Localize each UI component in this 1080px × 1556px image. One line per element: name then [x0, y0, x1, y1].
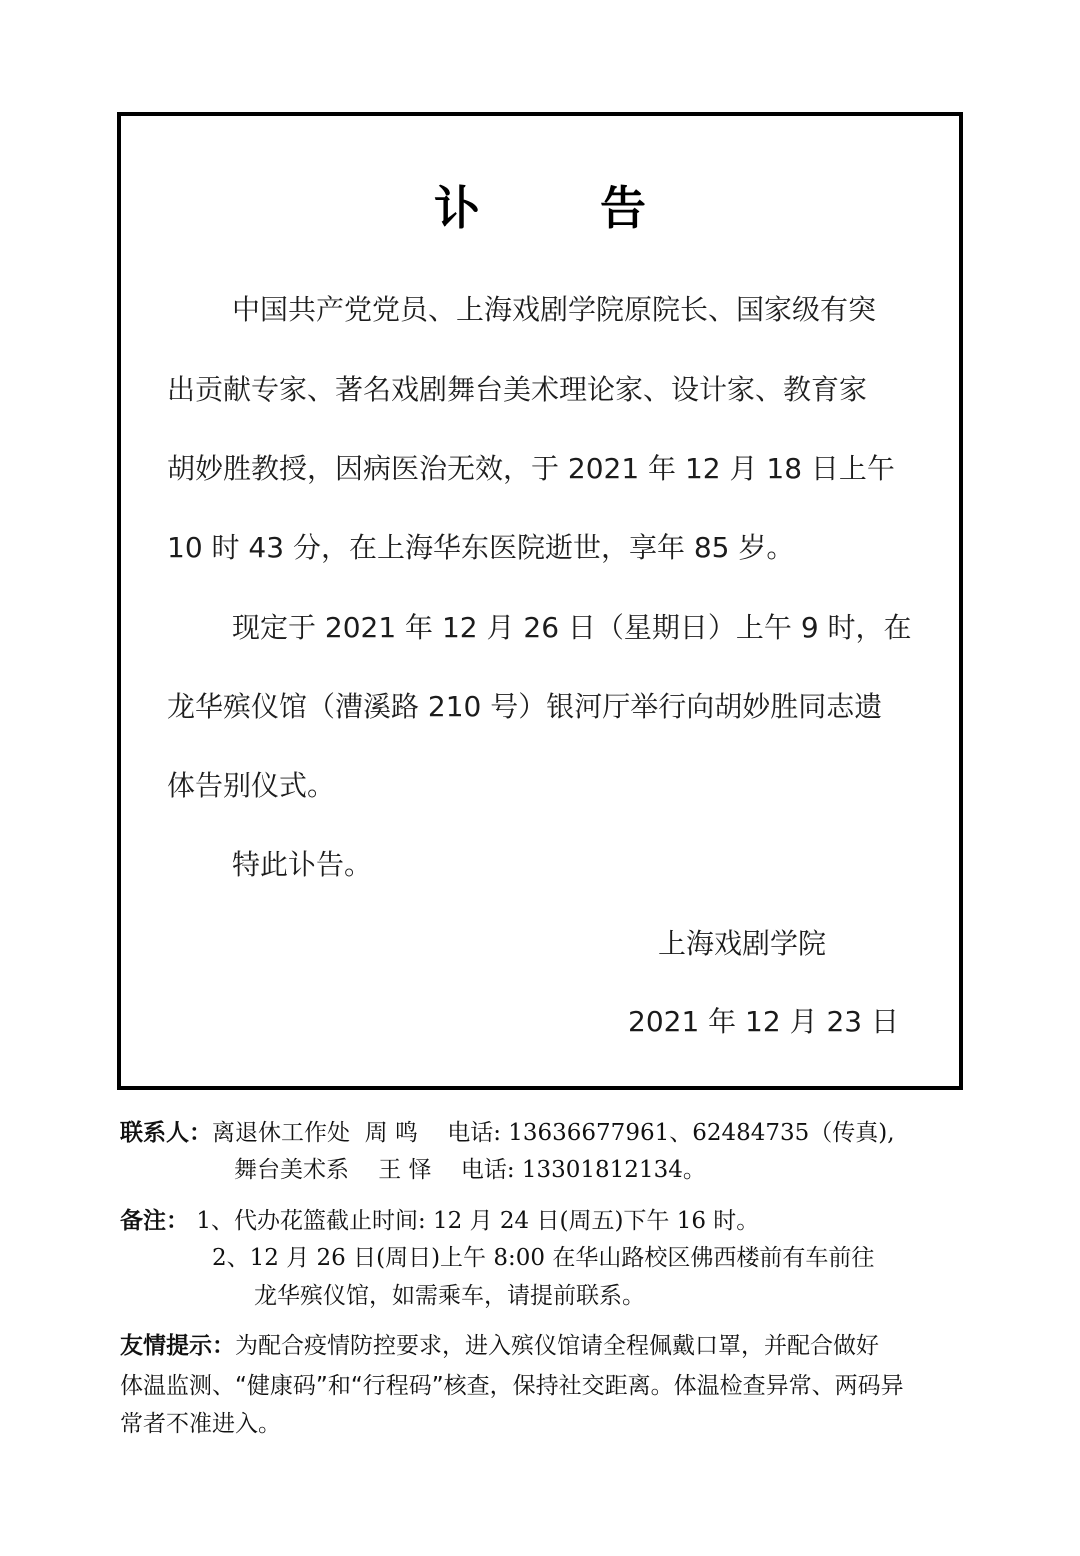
closing-line: 特此讣告。 — [232, 845, 372, 885]
paragraph2-line-3: 体告别仪式。 — [167, 766, 335, 806]
remark-item-2: 2、12 月 26 日(周日)上午 8:00 在华山路校区佛西楼前有车前往 — [212, 1241, 874, 1275]
notice-title: 讣 告 — [121, 178, 959, 238]
contact-name: 周 鸣 — [365, 1120, 418, 1146]
remark-item-1: 1、代办花篮截止时间: 12 月 24 日(周五)下午 16 时。 — [196, 1208, 759, 1234]
contact-phone: 13636677961、62484735（传真), — [508, 1120, 894, 1146]
contacts-label: 联系人： — [120, 1120, 212, 1146]
contact-row-2: 舞台美术系 王 怿 电话: 13301812134。 — [234, 1153, 706, 1187]
signature-date: 2021 年 12 月 23 日 — [628, 1002, 899, 1042]
tip-text-1: 为配合疫情防控要求，进入殡仪馆请全程佩戴口罩，并配合做好 — [235, 1333, 879, 1359]
paragraph1-line-2: 出贡献专家、著名戏剧舞台美术理论家、设计家、教育家 — [167, 370, 867, 410]
signature-organization: 上海戏剧学院 — [658, 924, 826, 964]
tip-line-2: 体温监测、“健康码”和“行程码”核查，保持社交距离。体温检查异常、两码异 — [120, 1368, 1000, 1404]
remarks-label: 备注： — [120, 1208, 189, 1234]
contact-row-1: 联系人：离退休工作处 周 鸣 电话: 13636677961、62484735（… — [120, 1116, 895, 1150]
paragraph2-line-1: 现定于 2021 年 12 月 26 日（星期日）上午 9 时，在 — [232, 608, 912, 648]
contact-department: 离退休工作处 — [212, 1120, 350, 1146]
contact-phone-label: 电话: — [447, 1120, 501, 1146]
contact-phone-label: 电话: — [461, 1157, 515, 1183]
paragraph2-line-2: 龙华殡仪馆（漕溪路 210 号）银河厅举行向胡妙胜同志遗 — [167, 687, 882, 727]
tip-line-3: 常者不准进入。 — [120, 1406, 1000, 1442]
remarks-row-1: 备注： 1、代办花篮截止时间: 12 月 24 日(周五)下午 16 时。 — [120, 1204, 759, 1238]
paragraph1-line-3: 胡妙胜教授，因病医治无效，于 2021 年 12 月 18 日上午 — [167, 449, 895, 489]
remark-item-2-continued: 龙华殡仪馆，如需乘车，请提前联系。 — [254, 1279, 645, 1313]
tip-label: 友情提示： — [120, 1333, 235, 1359]
contact-name: 王 怿 — [378, 1157, 431, 1183]
tip-line-1: 友情提示：为配合疫情防控要求，进入殡仪馆请全程佩戴口罩，并配合做好 — [120, 1328, 1000, 1364]
contact-phone: 13301812134。 — [522, 1157, 706, 1183]
paragraph1-line-4: 10 时 43 分，在上海华东医院逝世，享年 85 岁。 — [167, 528, 794, 568]
obituary-notice-box: 讣 告 中国共产党党员、上海戏剧学院原院长、国家级有突 出贡献专家、著名戏剧舞台… — [117, 112, 963, 1090]
paragraph1-line-1: 中国共产党党员、上海戏剧学院原院长、国家级有突 — [232, 290, 876, 330]
contact-department: 舞台美术系 — [234, 1157, 349, 1183]
